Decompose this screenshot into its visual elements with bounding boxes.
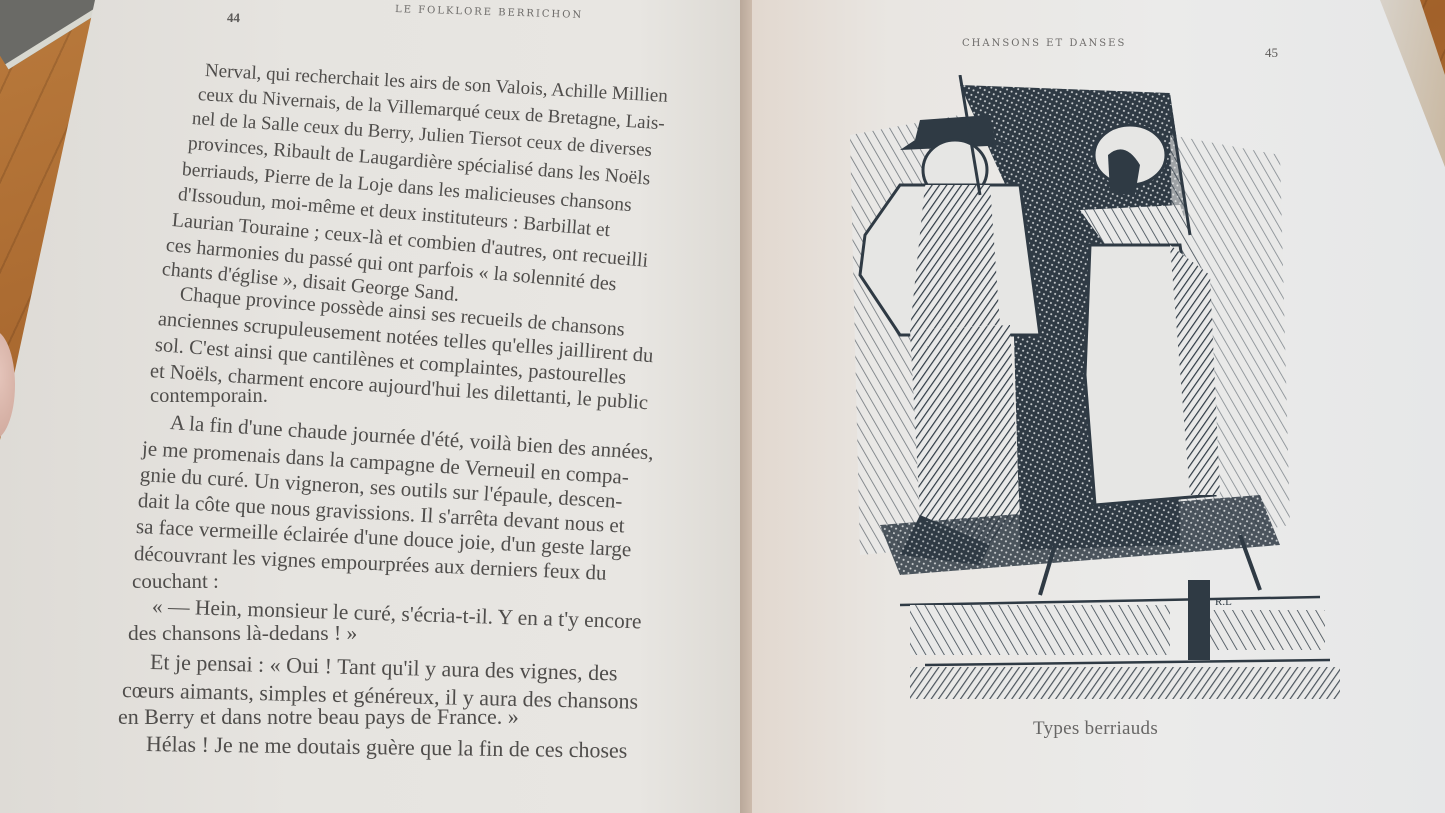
text-line: en Berry et dans notre beau pays de Fran… (118, 704, 519, 730)
illustration-caption: Types berriauds (1033, 718, 1158, 740)
illustration-types-berriauds: R.L (840, 75, 1350, 705)
artist-signature: R.L (1215, 596, 1232, 608)
right-running-head: CHANSONS ET DANSES (962, 38, 1126, 49)
text-line: contemporain. (150, 385, 268, 408)
text-line: des chansons là-dedans ! » (128, 621, 357, 646)
photo-scene: 44 LE FOLKLORE BERRICHON Nerval, qui rec… (0, 0, 1445, 813)
left-page-number: 44 (227, 10, 240, 26)
right-page-number: 45 (1265, 45, 1278, 61)
text-line: couchant : (132, 569, 219, 594)
